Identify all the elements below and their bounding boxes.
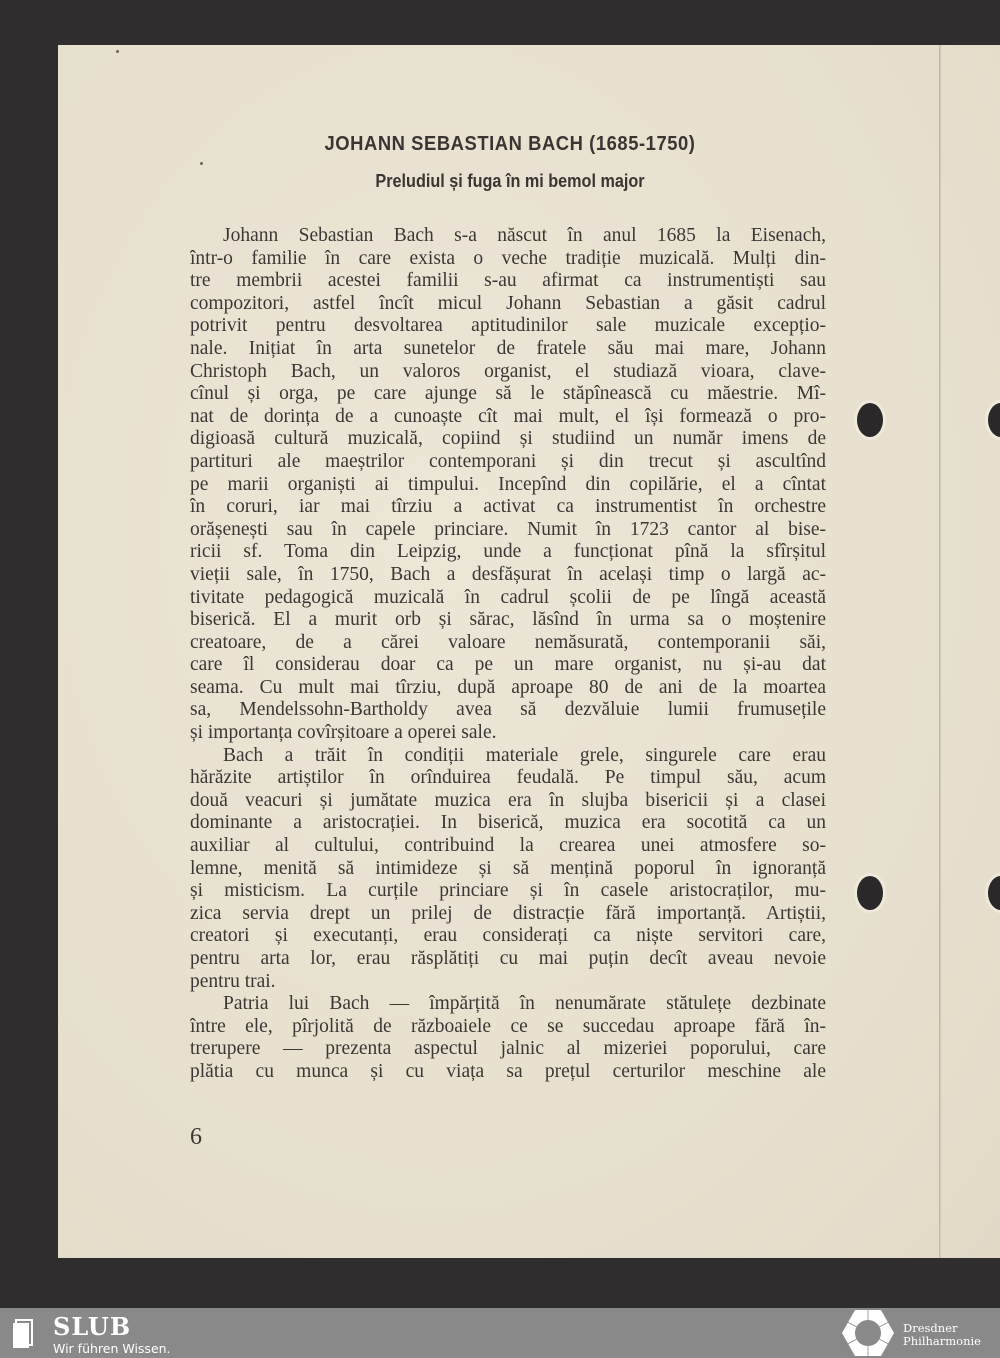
text-line: partituri ale maeștrilor contemporani și… bbox=[190, 451, 826, 474]
philharmonie-line1: Dresdner bbox=[903, 1321, 958, 1335]
text-line: hărăzite artiștilor în orînduirea feudal… bbox=[190, 767, 826, 790]
philharmonie-sunburst-icon bbox=[842, 1309, 894, 1357]
text-line: cînul și orga, pe care ajunge să le stăp… bbox=[190, 383, 826, 406]
text-line: lemne, menită să intimideze și să mențin… bbox=[190, 858, 826, 881]
text-line: tivitate pedagogică muzicală în cadrul ș… bbox=[190, 587, 826, 610]
paper-speck bbox=[116, 50, 119, 53]
text-line: zica servia drept un prilej de distracți… bbox=[190, 903, 826, 926]
text-line: biserică. El a murit orb și sărac, lăsîn… bbox=[190, 609, 826, 632]
philharmonie-line2: Philharmonie bbox=[903, 1334, 981, 1348]
slub-logo-text[interactable]: SLUB bbox=[53, 1312, 131, 1341]
text-line: Bach a trăit în condiții materiale grele… bbox=[190, 745, 826, 768]
slub-book-icon bbox=[12, 1318, 38, 1348]
punch-hole-icon bbox=[857, 403, 883, 437]
text-line: trerupere — prezenta aspectul jalnic al … bbox=[190, 1038, 826, 1061]
text-line: dominante a aristocrației. In biserică, … bbox=[190, 812, 826, 835]
page-number: 6 bbox=[190, 1124, 202, 1151]
text-line: în coruri, iar mai tîrziu a activat ca i… bbox=[190, 496, 826, 519]
text-line: creatori și executanți, erau considerați… bbox=[190, 925, 826, 948]
text-line: între ele, pîrjolită de războaiele ce se… bbox=[190, 1016, 826, 1039]
text-line: tre membrii acestei familii s-au afirmat… bbox=[190, 270, 826, 293]
text-line: digioasă cultură muzicală, copiind și st… bbox=[190, 428, 826, 451]
text-line: ricii sf. Toma din Leipzig, unde a funcț… bbox=[190, 541, 826, 564]
punch-hole-icon bbox=[857, 876, 883, 910]
text-line: nale. Inițiat în arta sunetelor de frate… bbox=[190, 338, 826, 361]
text-line: Christoph Bach, un valoros organist, el … bbox=[190, 361, 826, 384]
text-line: pe marii organiști ai timpului. Incepînd… bbox=[190, 474, 826, 497]
text-line: și misticism. La curțile princiare și în… bbox=[190, 880, 826, 903]
text-line: seama. Cu mult mai tîrziu, după aproape … bbox=[190, 677, 826, 700]
text-line: creatoare, de a cărei valoare nemăsurată… bbox=[190, 632, 826, 655]
text-line: vieții sale, în 1750, Bach a desfășurat … bbox=[190, 564, 826, 587]
page-fold-line bbox=[939, 45, 941, 1258]
text-line: orășenești sau în capele princiare. Numi… bbox=[190, 519, 826, 542]
slub-tagline: Wir führen Wissen. bbox=[53, 1341, 171, 1356]
text-line: nat de dorința de a cunoaște cît mai mul… bbox=[190, 406, 826, 429]
paper-speck bbox=[200, 162, 203, 165]
text-line: plătia cu munca și cu viața sa prețul ce… bbox=[190, 1061, 826, 1084]
text-line: care îl considerau doar ca pe un mare or… bbox=[190, 654, 826, 677]
text-line: Johann Sebastian Bach s-a născut în anul… bbox=[190, 225, 826, 248]
page-title: JOHANN SEBASTIAN BACH (1685-1750) bbox=[206, 133, 813, 156]
body-text: Johann Sebastian Bach s-a născut în anul… bbox=[190, 225, 826, 1084]
text-line: și importanța covîrșitoare a operei sale… bbox=[190, 722, 826, 745]
text-line: sa, Mendelssohn-Bartholdy avea să dezvăl… bbox=[190, 699, 826, 722]
text-line: pentru trai. bbox=[190, 971, 826, 994]
text-line: într-o familie în care exista o veche tr… bbox=[190, 248, 826, 271]
text-line: două veacuri și jumătate muzica era în s… bbox=[190, 790, 826, 813]
text-line: compozitori, astfel încît micul Johann S… bbox=[190, 293, 826, 316]
text-line: potrivit pentru desvoltarea aptitudinilo… bbox=[190, 315, 826, 338]
text-line: pentru arta lor, erau răsplătiți cu mai … bbox=[190, 948, 826, 971]
text-line: Patria lui Bach — împărțită în nenumărat… bbox=[190, 993, 826, 1016]
text-line: auxiliar al cultului, contribuind la cre… bbox=[190, 835, 826, 858]
footer-bar: SLUB Wir führen Wissen. Dresdner Philhar… bbox=[0, 1308, 1000, 1358]
philharmonie-logo-text[interactable]: Dresdner Philharmonie bbox=[903, 1322, 981, 1348]
page-subtitle: Preludiul și fuga în mi bemol major bbox=[213, 171, 807, 192]
